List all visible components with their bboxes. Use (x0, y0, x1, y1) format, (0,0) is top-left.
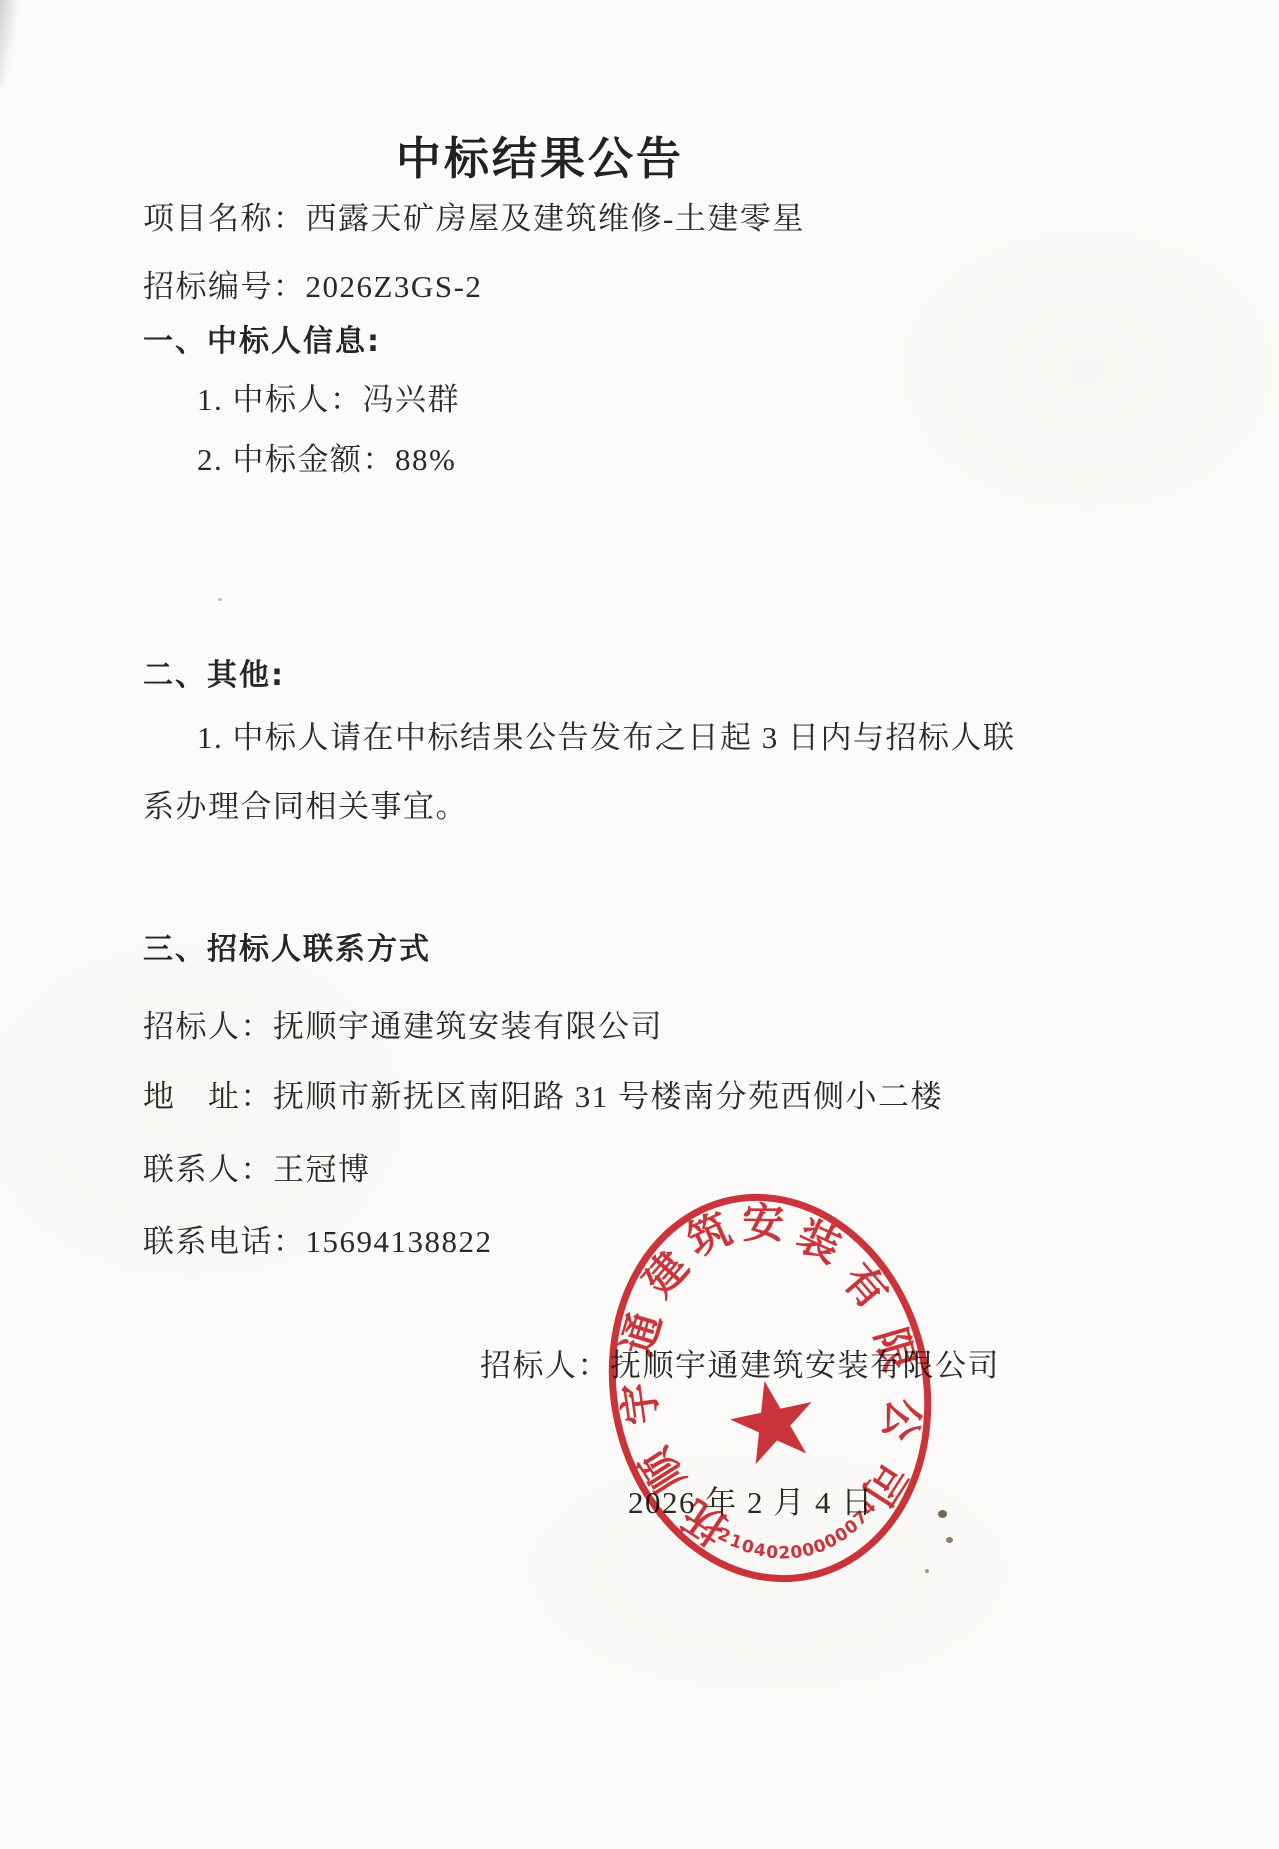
svg-text:安: 安 (742, 1199, 784, 1248)
address-line: 地 址：抚顺市新抚区南阳路 31 号楼南分苑西侧小二楼 (143, 1071, 943, 1116)
paper-stain-speck (938, 1510, 947, 1518)
tender-number-line: 招标编号：2026Z3GS-2 (143, 261, 482, 306)
other-paragraph-line2: 系办理合同相关事宜。 (143, 781, 468, 826)
svg-text:装: 装 (789, 1210, 848, 1272)
section1-heading: 一、中标人信息: (143, 316, 381, 360)
document-title: 中标结果公告 (100, 122, 980, 187)
bidder-line: 招标人：抚顺宇通建筑安装有限公司 (143, 1001, 663, 1046)
seal-code: 21040200000074 (711, 1492, 888, 1580)
amount-line: 2. 中标金额：88% (197, 434, 456, 479)
svg-text:有: 有 (833, 1254, 898, 1318)
svg-text:通: 通 (612, 1307, 671, 1361)
svg-text:宇: 宇 (613, 1379, 667, 1427)
seal-ring-text: 抚顺宇通建筑安装有限公司 (598, 1169, 942, 1567)
company-seal-stamp: 抚顺宇通建筑安装有限公司 21040200000074 (598, 1158, 942, 1588)
winner-line: 1. 中标人：冯兴群 (197, 374, 460, 419)
section3-heading: 三、招标人联系方式 (143, 924, 431, 968)
paper-stain-speck (218, 598, 222, 601)
svg-text:公: 公 (874, 1395, 929, 1444)
svg-text:0: 0 (766, 1543, 779, 1564)
scan-edge-smudge (0, 0, 16, 87)
paper-stain-speck (925, 1569, 929, 1573)
svg-text:限: 限 (865, 1322, 924, 1376)
contact-person-line: 联系人：王冠博 (143, 1144, 371, 1189)
seal-star-icon (724, 1372, 822, 1467)
section2-heading: 二、其他: (143, 650, 285, 694)
phone-line: 联系电话：15694138822 (143, 1216, 493, 1261)
other-paragraph-line1: 1. 中标人请在中标结果公告发布之日起 3 日内与招标人联 (197, 712, 1016, 757)
project-name-line: 项目名称：西露天矿房屋及建筑维修-土建零星 (143, 193, 805, 238)
scanned-document-page: 中标结果公告 项目名称：西露天矿房屋及建筑维修-土建零星 招标编号：2026Z3… (0, 0, 1279, 1849)
svg-text:顺: 顺 (630, 1439, 694, 1502)
paper-stain-speck (946, 1537, 953, 1543)
svg-text:建: 建 (634, 1242, 699, 1306)
